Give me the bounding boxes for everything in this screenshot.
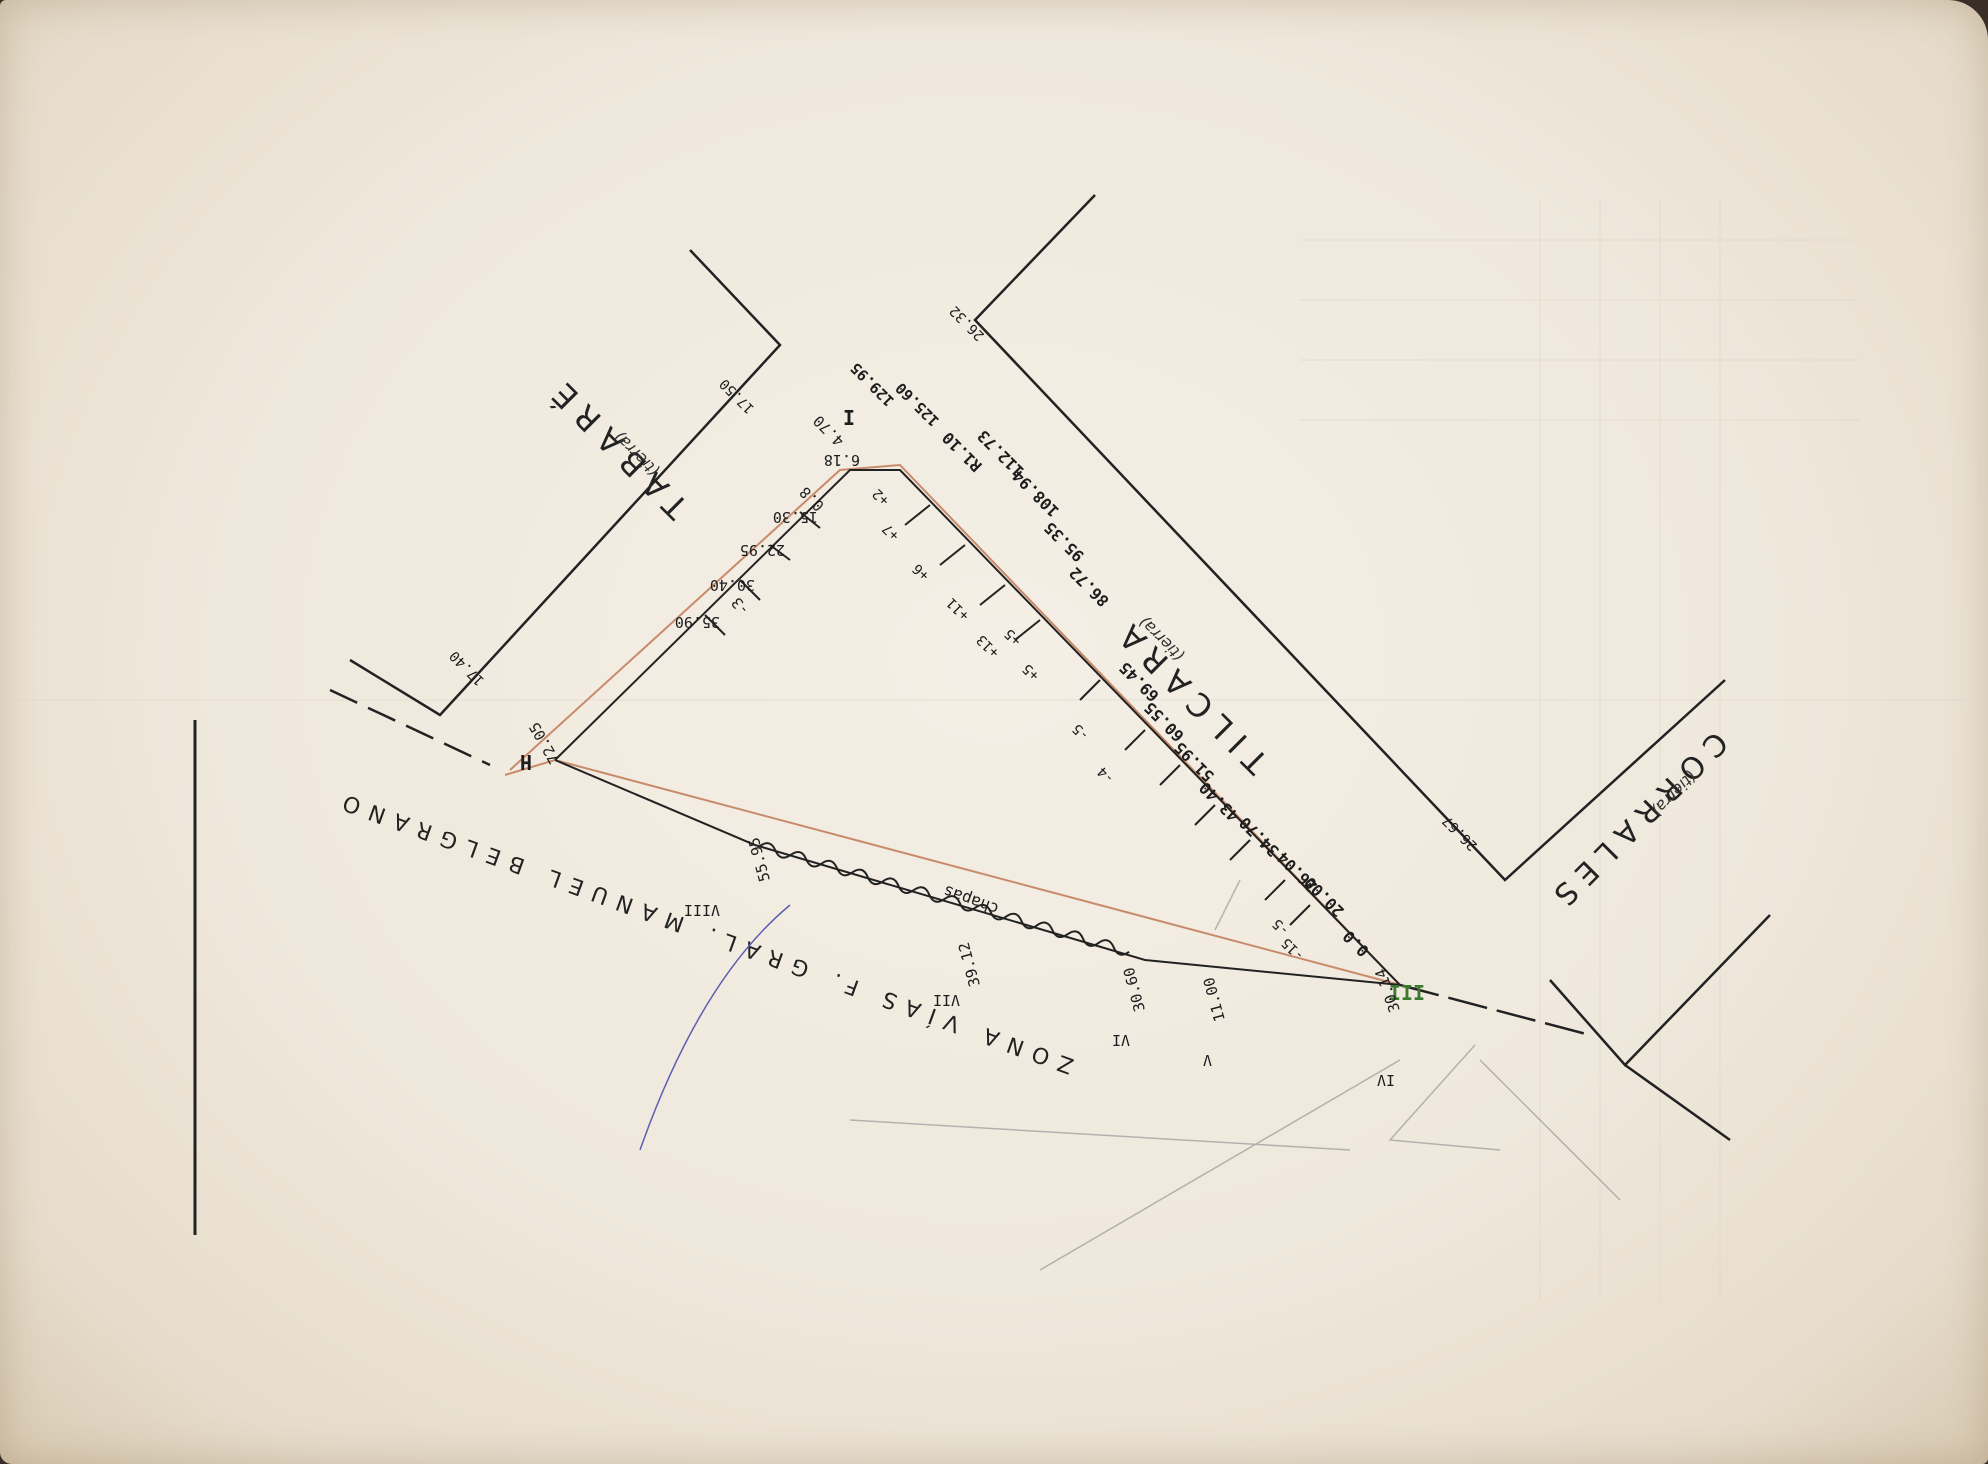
svg-text:+2: +2: [870, 485, 893, 508]
svg-text:30.40: 30.40: [710, 576, 755, 594]
svg-text:+7: +7: [880, 520, 903, 543]
svg-text:26.67: 26.67: [1440, 812, 1481, 853]
svg-text:+13: +13: [974, 631, 1003, 660]
svg-text:51.95: 51.95: [1170, 738, 1217, 785]
svg-text:-3: -3: [728, 594, 753, 619]
svg-text:+5: +5: [1020, 660, 1043, 683]
svg-text:V: V: [1203, 1051, 1212, 1069]
svg-text:11.00: 11.00: [1200, 975, 1229, 1023]
svg-text:86.72: 86.72: [1065, 563, 1112, 610]
survey-sheet: 15.30 22.95 30.40 35.90 -3 17.50 17.40 R…: [0, 0, 1988, 1464]
svg-text:125.60: 125.60: [892, 379, 943, 430]
svg-text:39.12: 39.12: [955, 940, 984, 988]
tabare-offset-ticks: [705, 512, 820, 635]
svg-text:95.35: 95.35: [1040, 518, 1087, 565]
svg-text:34.70: 34.70: [1235, 813, 1282, 860]
svg-text:+6: +6: [910, 560, 933, 583]
svg-text:129.95: 129.95: [847, 359, 898, 410]
svg-text:0.0: 0.0: [1339, 927, 1373, 961]
svg-text:26.32: 26.32: [947, 302, 988, 343]
tilcara-right-boundary: [975, 195, 1725, 880]
svg-text:6.18: 6.18: [824, 451, 860, 469]
svg-text:22.95: 22.95: [740, 541, 785, 559]
svg-text:ZONA VÍAS F. GRAL. MANUEL BELG: ZONA VÍAS F. GRAL. MANUEL BELGRANO: [330, 786, 1077, 1079]
svg-text:-5: -5: [1070, 720, 1093, 743]
svg-text:IV: IV: [1377, 1071, 1395, 1089]
tilcara-offset-ticks: [905, 505, 1310, 925]
svg-text:+11: +11: [944, 594, 973, 623]
svg-text:30.60: 30.60: [1120, 965, 1149, 1013]
svg-text:-4: -4: [1095, 763, 1118, 786]
svg-text:+5: +5: [1002, 625, 1025, 648]
svg-text:35.90: 35.90: [675, 613, 720, 631]
street-boundaries: [350, 195, 1770, 1140]
tilcara-distance-labels: R1.10 112.73 108.94 95.35 86.72 69.45 60…: [938, 426, 1372, 960]
svg-text:108.94: 108.94: [1009, 466, 1063, 520]
tabare-labels: 15.30 22.95 30.40 35.90 -3: [675, 508, 818, 631]
svg-text:I: I: [843, 405, 855, 429]
svg-text:VI: VI: [1112, 1031, 1130, 1049]
svg-text:H: H: [520, 750, 532, 774]
svg-text:chapas: chapas: [941, 881, 1002, 919]
survey-drawing: 15.30 22.95 30.40 35.90 -3 17.50 17.40 R…: [0, 0, 1988, 1464]
tabare-left-boundary: [350, 250, 780, 715]
svg-text:4.70: 4.70: [810, 412, 848, 450]
svg-text:17.50: 17.50: [717, 375, 758, 416]
pencil-sketches: [850, 880, 1620, 1270]
